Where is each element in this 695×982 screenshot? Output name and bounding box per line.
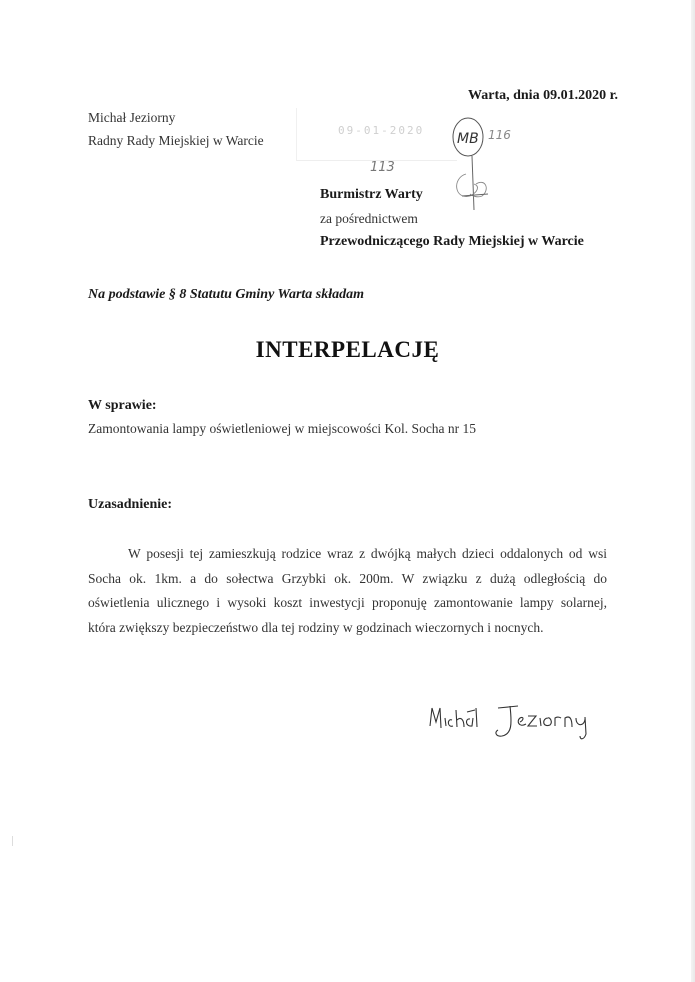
registry-number: 113: [370, 160, 395, 175]
justification-paragraph: W posesji tej zamieszkują rodzice wraz z…: [88, 542, 607, 640]
sender-name: Michał Jeziorny: [88, 110, 175, 126]
svg-text:116: 116: [488, 128, 511, 142]
subject-label: W sprawie:: [88, 398, 157, 414]
svg-text:MB: MB: [457, 131, 479, 147]
page-edge: [691, 0, 695, 982]
place-date: Warta, dnia 09.01.2020 r.: [468, 88, 618, 104]
justification-label: Uzasadnienie:: [88, 497, 172, 513]
sender-role: Radny Rady Miejskiej w Warcie: [88, 133, 264, 149]
stamp-date: 09-01-2020: [338, 124, 424, 137]
justification-line: W posesji tej zamieszkują rodzice wraz z…: [88, 542, 607, 567]
handwritten-approval-mark-icon: MB 116: [448, 112, 528, 212]
recipient-line-1: Burmistrz Warty: [320, 187, 423, 203]
subject-text: Zamontowania lampy oświetleniowej w miej…: [88, 421, 476, 437]
justification-line: Socha ok. 1km. a do sołectwa Grzybki ok.…: [88, 567, 607, 592]
recipient-line-3: Przewodniczącego Rady Miejskiej w Warcie: [320, 234, 584, 250]
handwritten-signature-icon: [420, 696, 600, 746]
document-title: INTERPELACJĘ: [0, 337, 695, 363]
margin-mark: [12, 836, 17, 846]
recipient-line-2: za pośrednictwem: [320, 211, 418, 227]
justification-line: oświetlenia ulicznego i wysoki koszt inw…: [88, 591, 607, 616]
legal-basis: Na podstawie § 8 Statutu Gminy Warta skł…: [88, 287, 364, 303]
justification-line: która zwiększy bezpieczeństwo dla tej ro…: [88, 616, 607, 641]
document-page: Warta, dnia 09.01.2020 r. Michał Jeziorn…: [0, 0, 695, 982]
